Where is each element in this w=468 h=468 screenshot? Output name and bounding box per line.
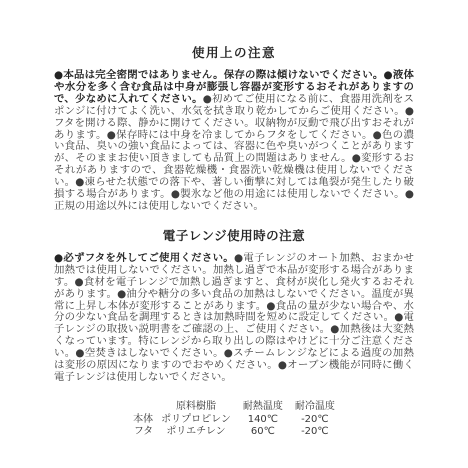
spec-table-header: 原料樹脂 耐熱温度 耐冷温度 [127, 401, 341, 414]
material-spec-table: 原料樹脂 耐熱温度 耐冷温度 本体 ポリプロピレン 140℃ -20℃ フタ ポ… [127, 401, 341, 439]
section-usage-notes: 使用上の注意 ●本品は完全密閉ではありません。保存の際は傾けないでください。●液… [54, 43, 414, 213]
spec-body-cold-value: -20℃ [289, 414, 341, 427]
usage-notes-paragraph: ●本品は完全密閉ではありません。保存の際は傾けないでください。●液体や水分を多く… [54, 70, 414, 213]
spec-lid-heat-value: 60℃ [237, 426, 289, 439]
section-microwave-notes: 電子レンジ使用時の注意 ●必ずフタを外してご使用ください。●電子レンジのオート加… [54, 226, 414, 384]
spec-lid-cold-value: -20℃ [289, 426, 341, 439]
microwave-notes-body-text: ●電子レンジのオート加熱、おまかせ加熱では使用しないでください。加熱し過ぎで本品… [54, 252, 414, 383]
spec-header-resin: 原料樹脂 [155, 401, 237, 414]
spec-body-resin-value: ポリプロピレン [155, 414, 237, 427]
usage-notes-title: 使用上の注意 [54, 43, 414, 61]
content-column: 使用上の注意 ●本品は完全密閉ではありません。保存の際は傾けないでください。●液… [54, 43, 414, 439]
spec-header-row: 原料樹脂 耐熱温度 耐冷温度 [127, 401, 341, 414]
spec-body-part-label: 本体 [127, 414, 155, 427]
care-instructions-page: 使用上の注意 ●本品は完全密閉ではありません。保存の際は傾けないでください。●液… [0, 0, 468, 468]
usage-notes-body-text: ●初めてご使用になる前に、食器用洗剤をスポンジに付けてよく洗い、水気を拭き取り乾… [54, 93, 414, 212]
microwave-notes-title: 電子レンジ使用時の注意 [54, 226, 414, 244]
spec-header-part [127, 401, 155, 414]
spec-table-body: 本体 ポリプロピレン 140℃ -20℃ フタ ポリエチレン 60℃ -20℃ [127, 414, 341, 440]
spec-row-lid: フタ ポリエチレン 60℃ -20℃ [127, 426, 341, 439]
microwave-notes-lead-text: ●必ずフタを外してご使用ください。 [54, 252, 234, 264]
spec-lid-part-label: フタ [127, 426, 155, 439]
spec-header-heat-temp: 耐熱温度 [237, 401, 289, 414]
spec-row-body: 本体 ポリプロピレン 140℃ -20℃ [127, 414, 341, 427]
microwave-notes-paragraph: ●必ずフタを外してご使用ください。●電子レンジのオート加熱、おまかせ加熱では使用… [54, 253, 414, 384]
spec-header-cold-temp: 耐冷温度 [289, 401, 341, 414]
spec-lid-resin-value: ポリエチレン [155, 426, 237, 439]
spec-body-heat-value: 140℃ [237, 414, 289, 427]
